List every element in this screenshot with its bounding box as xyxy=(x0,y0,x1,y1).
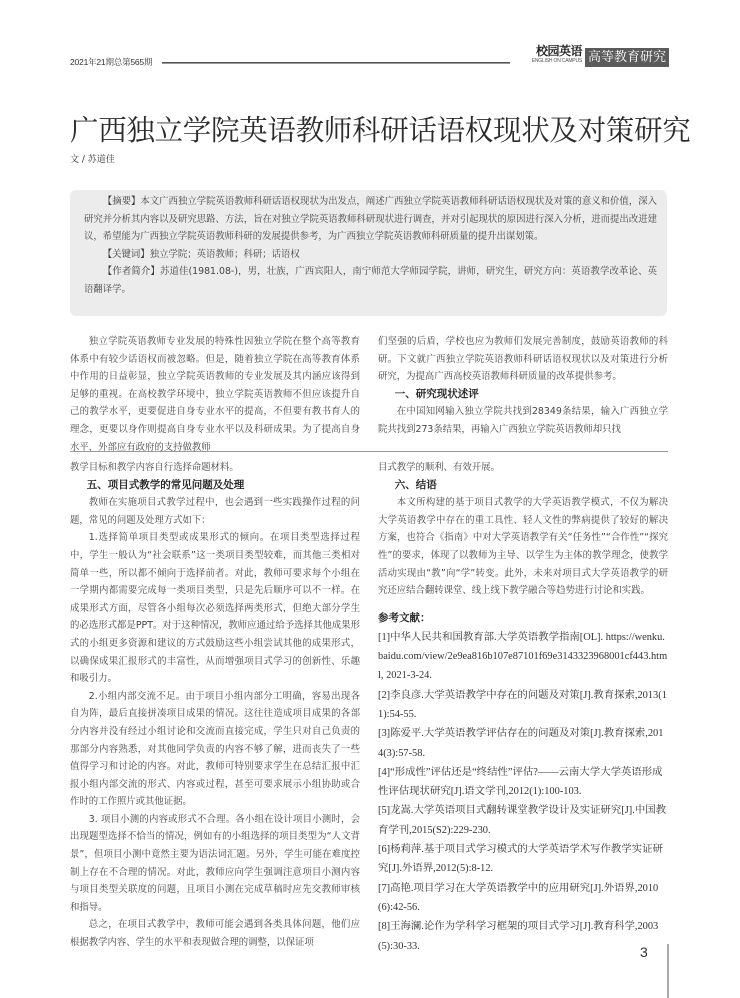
paragraph: 在中国知网输入独立学院共找到28349条结果，输入广西独立学院共找到273条结果… xyxy=(378,403,668,438)
reference-item: [3]陈爱平.大学英语教学评估存在的问题及对策[J].教育探索,2014(3):… xyxy=(378,724,668,763)
header-rule xyxy=(162,62,510,64)
top-right-column: 们坚强的后盾，学校也应为教师们发展完善制度，鼓励英语教师的科研。下文就广西独立学… xyxy=(378,333,668,439)
reference-item: [5]龙嵩.大学英语项目式翻转课堂教学设计及实证研究[J].中国教育学刊,201… xyxy=(378,801,668,840)
reference-item: [4]“形成性”评估还是“终结性”评估?——云南大学大学英语形成性评估现状研究[… xyxy=(378,763,668,802)
issue-label: 2021年21期总第565期 xyxy=(70,56,152,68)
keywords-label: 【关键词】 xyxy=(103,249,150,260)
top-left-column: 独立学院英语教师专业发展的特殊性因独立学院在整个高等教育体系中有较少话语权而被忽… xyxy=(70,333,360,456)
summary-label: 【摘要】 xyxy=(103,196,141,207)
running-header: 2021年21期总第565期 校园英语 ENGLISH ON CAMPUS 高等… xyxy=(70,44,670,74)
section-heading-5: 五、项目式教学的常见问题及处理 xyxy=(70,477,360,495)
references-list: [1]中华人民共和国教育部.大学英语教学指南[OL]. https://wenk… xyxy=(378,628,668,956)
section-heading-1: 一、研究现状述评 xyxy=(378,386,668,404)
byline: 文 / 苏道佳 xyxy=(70,152,115,165)
paragraph: 总之，在项目式教学中，教师可能会遇到各类具体问题，他们应根据教学内容、学生的水平… xyxy=(70,916,360,951)
reference-item: [8]王海澜.论作为学科学习框架的项目式学习[J].教育科学,2003(5):3… xyxy=(378,917,668,956)
keywords-text: 独立学院；英语教师；科研；话语权 xyxy=(150,249,300,260)
abstract-keywords: 【关键词】独立学院；英语教师；科研；话语权 xyxy=(84,246,657,264)
page-edge-bar xyxy=(667,944,669,998)
reference-item: [7]高艳.项目学习在大学英语教学中的应用研究[J].外语界,2010(6):4… xyxy=(378,879,668,918)
reference-item: [1]中华人民共和国教育部.大学英语教学指南[OL]. https://wenk… xyxy=(378,628,668,686)
page-number: 3 xyxy=(640,944,648,960)
paragraph: 独立学院英语教师专业发展的特殊性因独立学院在整个高等教育体系中有较少话语权而被忽… xyxy=(70,333,360,456)
brand-name-en: ENGLISH ON CAMPUS xyxy=(516,58,582,65)
paragraph: 3. 项目小测的内容或形式不合理。各小组在设计项目小测时，会出现题型选择不恰当的… xyxy=(70,811,360,917)
paragraph: 1.选择简单项目类型或成果形式的倾向。在项目类型选择过程中，学生一般认为“社会联… xyxy=(70,529,360,687)
reference-item: [6]杨莉萍.基于项目式学习模式的大学英语学术写作教学实证研究[J].外语界,2… xyxy=(378,840,668,879)
column-tag: 高等教育研究 xyxy=(585,48,669,67)
paragraph: 们坚强的后盾，学校也应为教师们发展完善制度，鼓励英语教师的科研。下文就广西独立学… xyxy=(378,333,668,386)
article-title: 广西独立学院英语教师科研话语权现状及对策研究 xyxy=(70,108,690,149)
journal-brand: 校园英语 ENGLISH ON CAMPUS xyxy=(516,44,582,65)
paragraph: 目式教学的顺利、有效开展。 xyxy=(378,459,668,477)
bottom-right-column: 目式教学的顺利、有效开展。 六、结语 本文所构建的基于项目式教学的大学英语教学模… xyxy=(378,459,668,956)
paragraph: 本文所构建的基于项目式教学的大学英语教学模式，不仅为解决大学英语教学中存在的重工… xyxy=(378,494,668,600)
summary-text: 本文广西独立学院英语教师科研话语权现状为出发点，阐述广西独立学院英语教师科研话语… xyxy=(84,196,657,242)
section-divider xyxy=(70,451,668,452)
author-label: 【作者简介】 xyxy=(103,266,160,277)
brand-name-cn: 校园英语 xyxy=(516,44,582,58)
paragraph: 教学目标和教学内容自行选择命题材料。 xyxy=(70,459,360,477)
author-text: 苏道佳(1981.08-)，男，壮族，广西宾阳人，南宁师范大学师园学院，讲师，研… xyxy=(84,266,657,295)
bottom-left-column: 教学目标和教学内容自行选择命题材料。 五、项目式教学的常见问题及处理 教师在实施… xyxy=(70,459,360,952)
section-heading-6: 六、结语 xyxy=(378,477,668,495)
paragraph: 教师在实施项目式教学过程中，也会遇到一些实践操作过程的问题，常见的问题及处理方式… xyxy=(70,494,360,529)
reference-item: [2]李良彦.大学英语教学中存在的问题及对策[J].教育探索,2013(11):… xyxy=(378,686,668,725)
paragraph: 2.小组内部交流不足。由于项目小组内部分工明确，容易出现各自为阵，最后直接拼凑项… xyxy=(70,688,360,811)
references-heading: 参考文献： xyxy=(378,608,668,628)
abstract-box: 【摘要】本文广西独立学院英语教师科研话语权现状为出发点，阐述广西独立学院英语教师… xyxy=(70,190,667,316)
abstract-author: 【作者简介】苏道佳(1981.08-)，男，壮族，广西宾阳人，南宁师范大学师园学… xyxy=(84,263,657,298)
abstract-summary: 【摘要】本文广西独立学院英语教师科研话语权现状为出发点，阐述广西独立学院英语教师… xyxy=(84,193,657,246)
